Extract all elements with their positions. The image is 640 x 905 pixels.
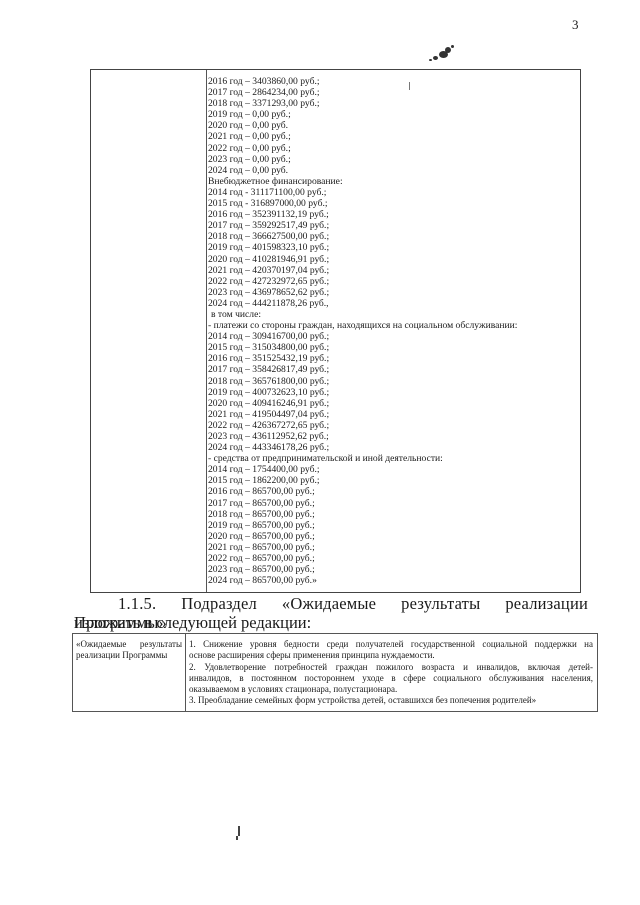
page-number: 3	[572, 17, 579, 33]
label-line: реализации Программы	[76, 650, 182, 661]
list-item: 2014 год - 311171100,00 руб.;	[208, 187, 576, 198]
list-item: 2021 год – 420370197,04 руб.;	[208, 265, 576, 276]
section-heading-continuation: изложить в следующей редакции:	[74, 613, 311, 632]
business-income-title: - средства от предпринимательской и иной…	[208, 453, 576, 464]
list-item: 2023 год – 436112952,62 руб.;	[208, 431, 576, 442]
list-item: 2020 год – 409416246,91 руб.;	[208, 398, 576, 409]
list-item: 2016 год – 865700,00 руб.;	[208, 486, 576, 497]
list-item: 2015 год – 1862200,00 руб.;	[208, 475, 576, 486]
list-item: 2017 год – 865700,00 руб.;	[208, 498, 576, 509]
expected-results-content-cell: 1. Снижение уровня бедности среди получа…	[189, 639, 593, 707]
list-item: 2019 год – 865700,00 руб.;	[208, 520, 576, 531]
financing-table-values-cell: 2016 год – 3403860,00 руб.; 2017 год – 2…	[208, 76, 576, 586]
scan-speck	[236, 836, 238, 840]
list-item: 2024 год – 443346178,26 руб.;	[208, 442, 576, 453]
list-item: 2024 год – 444211878,26 руб.,	[208, 298, 576, 309]
list-item: 2015 год – 315034800,00 руб.;	[208, 342, 576, 353]
list-item: 2016 год – 352391132,19 руб.;	[208, 209, 576, 220]
list-item: 2023 год – 0,00 руб.;	[208, 154, 576, 165]
citizen-payments-title: - платежи со стороны граждан, находящихс…	[208, 320, 576, 331]
list-item: 2023 год – 436978652,62 руб.;	[208, 287, 576, 298]
result-item-2-line: оказываемом в условиях стационара, полус…	[189, 684, 593, 695]
list-item: 2018 год – 366627500,00 руб.;	[208, 231, 576, 242]
budget-tail-list: 2016 год – 3403860,00 руб.; 2017 год – 2…	[208, 76, 576, 176]
list-item: 2021 год – 865700,00 руб.;	[208, 542, 576, 553]
scan-speck	[238, 826, 240, 836]
label-line: «Ожидаемые результаты	[76, 639, 182, 650]
list-item: 2016 год – 3403860,00 руб.;	[208, 76, 576, 87]
list-item: 2019 год – 401598323,10 руб.;	[208, 242, 576, 253]
list-item: 2022 год – 865700,00 руб.;	[208, 553, 576, 564]
list-item: 2022 год – 427232972,65 руб.;	[208, 276, 576, 287]
list-item: 2023 год – 865700,00 руб.;	[208, 564, 576, 575]
list-item: 2022 год – 426367272,65 руб.;	[208, 420, 576, 431]
expected-results-table: «Ожидаемые результаты реализации Програм…	[72, 633, 598, 712]
list-item: 2015 год - 316897000,00 руб.;	[208, 198, 576, 209]
list-item: 2020 год – 865700,00 руб.;	[208, 531, 576, 542]
citizen-payments-list: 2014 год – 309416700,00 руб.; 2015 год –…	[208, 331, 576, 453]
list-item: 2024 год – 865700,00 руб.»	[208, 575, 576, 586]
including-label: в том числе:	[208, 309, 576, 320]
result-item-2-line: инвалидов, в постоянном постороннем уход…	[189, 673, 593, 684]
list-item: 2017 год – 358426817,49 руб.;	[208, 364, 576, 375]
list-item: 2019 год – 400732623,10 руб.;	[208, 387, 576, 398]
result-item-1-line: 1. Снижение уровня бедности среди получа…	[189, 639, 593, 650]
list-item: 2020 год – 0,00 руб.	[208, 120, 576, 131]
list-item: 2020 год – 410281946,91 руб.;	[208, 254, 576, 265]
list-item: 2018 год – 3371293,00 руб.;	[208, 98, 576, 109]
result-item-2-line: 2. Удовлетворение потребностей граждан п…	[189, 662, 593, 673]
list-item: 2018 год – 865700,00 руб.;	[208, 509, 576, 520]
list-item: 2022 год – 0,00 руб.;	[208, 143, 576, 154]
extrabudget-title: Внебюджетное финансирование:	[208, 176, 576, 187]
stamp-mark-icon	[425, 43, 465, 65]
list-item: 2021 год – 0,00 руб.;	[208, 131, 576, 142]
list-item: 2017 год – 359292517,49 руб.;	[208, 220, 576, 231]
list-item: 2017 год – 2864234,00 руб.;	[208, 87, 576, 98]
list-item: 2016 год – 351525432,19 руб.;	[208, 353, 576, 364]
scan-speck	[409, 82, 410, 90]
expected-results-label-cell: «Ожидаемые результаты реализации Програм…	[73, 634, 186, 711]
result-item-1-line: основе расширения сферы применения принц…	[189, 650, 593, 661]
extrabudget-list: 2014 год - 311171100,00 руб.; 2015 год -…	[208, 187, 576, 309]
list-item: 2024 год – 0,00 руб.	[208, 165, 576, 176]
financing-table: 2016 год – 3403860,00 руб.; 2017 год – 2…	[90, 69, 581, 593]
business-income-list: 2014 год – 1754400,00 руб.; 2015 год – 1…	[208, 464, 576, 586]
list-item: 2014 год – 1754400,00 руб.;	[208, 464, 576, 475]
financing-table-label-cell	[91, 70, 207, 592]
list-item: 2021 год – 419504497,04 руб.;	[208, 409, 576, 420]
list-item: 2019 год – 0,00 руб.;	[208, 109, 576, 120]
list-item: 2018 год – 365761800,00 руб.;	[208, 376, 576, 387]
result-item-3-line: 3. Преобладание семейных форм устройства…	[189, 695, 593, 706]
list-item: 2014 год – 309416700,00 руб.;	[208, 331, 576, 342]
